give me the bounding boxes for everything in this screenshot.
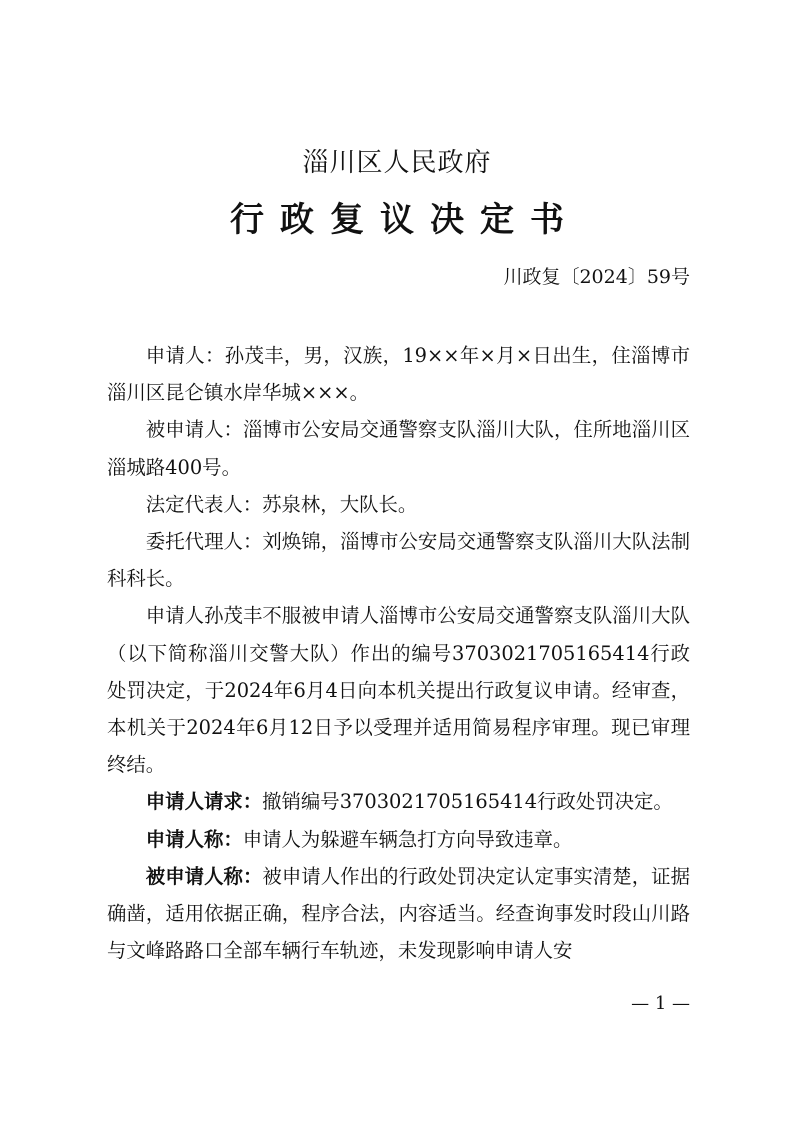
paragraph-text: 申请人孙茂丰不服被申请人淄博市公安局交通警察支队淄川大队（以下简称淄川交警大队）… xyxy=(107,604,690,776)
document-body: 申请人：孙茂丰，男，汉族，19××年×月×日出生，住淄博市淄川区昆仑镇水岸华城×… xyxy=(107,337,690,969)
paragraph-text: 撤销编号3703021705165414行政处罚决定。 xyxy=(262,790,673,813)
paragraph-text: 申请人为躲避车辆急打方向导致违章。 xyxy=(243,828,573,851)
paragraph-applicant-claim: 申请人称：申请人为躲避车辆急打方向导致违章。 xyxy=(107,821,690,858)
paragraph-label: 申请人称： xyxy=(146,828,243,851)
paragraph-text: 被申请人：淄博市公安局交通警察支队淄川大队，住所地淄川区淄城路400号。 xyxy=(107,418,690,478)
paragraph-respondent-claim: 被申请人称：被申请人作出的行政处罚决定认定事实清楚，证据确凿，适用依据正确，程序… xyxy=(107,858,690,970)
paragraph-case-summary: 申请人孙茂丰不服被申请人淄博市公安局交通警察支队淄川大队（以下简称淄川交警大队）… xyxy=(107,597,690,783)
page-number: — 1 — xyxy=(631,993,690,1014)
paragraph-respondent: 被申请人：淄博市公安局交通警察支队淄川大队，住所地淄川区淄城路400号。 xyxy=(107,411,690,485)
paragraph-text: 申请人：孙茂丰，男，汉族，19××年×月×日出生，住淄博市淄川区昆仑镇水岸华城×… xyxy=(107,344,690,404)
paragraph-text: 法定代表人：苏泉林，大队长。 xyxy=(146,493,417,516)
document-title: 行政复议决定书 xyxy=(0,192,794,241)
paragraph-label: 被申请人称： xyxy=(146,865,263,888)
issuing-organization: 淄川区人民政府 xyxy=(0,142,794,179)
paragraph-text: 委托代理人：刘焕锦，淄博市公安局交通警察支队淄川大队法制科科长。 xyxy=(107,530,690,590)
document-number: 川政复〔2024〕59号 xyxy=(503,262,690,289)
paragraph-applicant: 申请人：孙茂丰，男，汉族，19××年×月×日出生，住淄博市淄川区昆仑镇水岸华城×… xyxy=(107,337,690,411)
paragraph-agent: 委托代理人：刘焕锦，淄博市公安局交通警察支队淄川大队法制科科长。 xyxy=(107,523,690,597)
paragraph-legal-representative: 法定代表人：苏泉林，大队长。 xyxy=(107,486,690,523)
paragraph-label: 申请人请求： xyxy=(146,790,262,813)
paragraph-applicant-request: 申请人请求：撤销编号3703021705165414行政处罚决定。 xyxy=(107,783,690,820)
